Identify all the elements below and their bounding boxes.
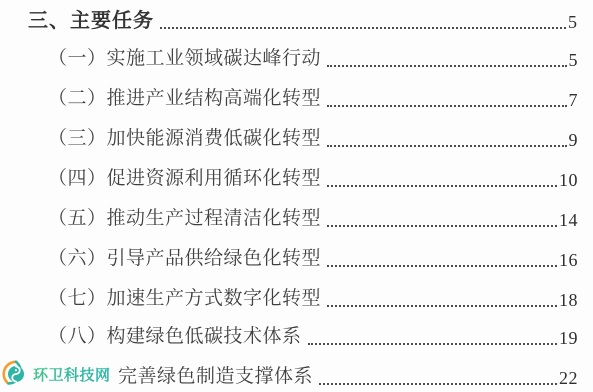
dot-leader — [327, 65, 566, 67]
toc-entry-label: （三）加快能源消费低碳化转型 — [48, 126, 321, 152]
toc-entry-page-number: 18 — [559, 288, 578, 312]
toc-entry: （一）实施工业领域碳达峰行动 5 — [48, 46, 578, 72]
toc-entry-page-number: 9 — [569, 128, 579, 152]
dot-leader — [327, 225, 557, 227]
toc-entry-page-number: 14 — [559, 208, 578, 232]
toc-entry: （四）促进资源利用循环化转型 10 — [48, 166, 578, 192]
toc-entry: （六）引导产品供给绿色化转型 16 — [48, 246, 578, 272]
toc-entry: （五）推动生产过程清洁化转型 14 — [48, 206, 578, 232]
recycle-swirl-logo-icon — [2, 360, 30, 388]
dot-leader — [308, 343, 557, 345]
toc-entry: （二）推进产业结构高端化转型 7 — [48, 86, 578, 112]
toc-entry-label: （四）促进资源利用循环化转型 — [48, 166, 321, 192]
toc-entry-label: （八）构建绿色低碳技术体系 — [48, 324, 302, 350]
site-watermark: 环卫科技网 — [2, 360, 111, 388]
watermark-site-name: 环卫科技网 — [33, 364, 111, 385]
toc-entry-page-number: 5 — [569, 48, 579, 72]
toc-entry-label: （七）加速生产方式数字化转型 — [48, 286, 321, 312]
dot-leader — [319, 383, 557, 385]
toc-heading-label: 三、主要任务 — [28, 8, 154, 34]
toc-entry-page-number: 7 — [569, 88, 579, 112]
toc-entry-label: 完善绿色制造支撑体系 — [118, 364, 313, 390]
toc-entry: （三）加快能源消费低碳化转型 9 — [48, 126, 578, 152]
toc-entry: （七）加速生产方式数字化转型 18 — [48, 286, 578, 312]
toc-entry-label: （五）推动生产过程清洁化转型 — [48, 206, 321, 232]
toc-entry-page-number: 10 — [559, 168, 578, 192]
dot-leader — [327, 305, 557, 307]
toc-entry-label: （一）实施工业领域碳达峰行动 — [48, 46, 321, 72]
dot-leader — [160, 27, 566, 29]
dot-leader — [327, 105, 566, 107]
toc-heading-row: 三、主要任务 5 — [28, 8, 578, 34]
dot-leader — [327, 265, 557, 267]
dot-leader — [327, 145, 566, 147]
toc-entry: 完善绿色制造支撑体系 22 — [118, 364, 578, 390]
toc-entry-page-number: 22 — [559, 366, 578, 390]
toc-entry-label: （二）推进产业结构高端化转型 — [48, 86, 321, 112]
toc-entry: （八）构建绿色低碳技术体系 19 — [48, 324, 578, 350]
toc-heading-page-number: 5 — [568, 10, 578, 34]
dot-leader — [327, 185, 557, 187]
toc-entry-label: （六）引导产品供给绿色化转型 — [48, 246, 321, 272]
toc-entry-page-number: 16 — [559, 248, 578, 272]
toc-entry-page-number: 19 — [559, 326, 578, 350]
document-page: 三、主要任务 5 （一）实施工业领域碳达峰行动 5 （二）推进产业结构高端化转型… — [0, 0, 593, 392]
